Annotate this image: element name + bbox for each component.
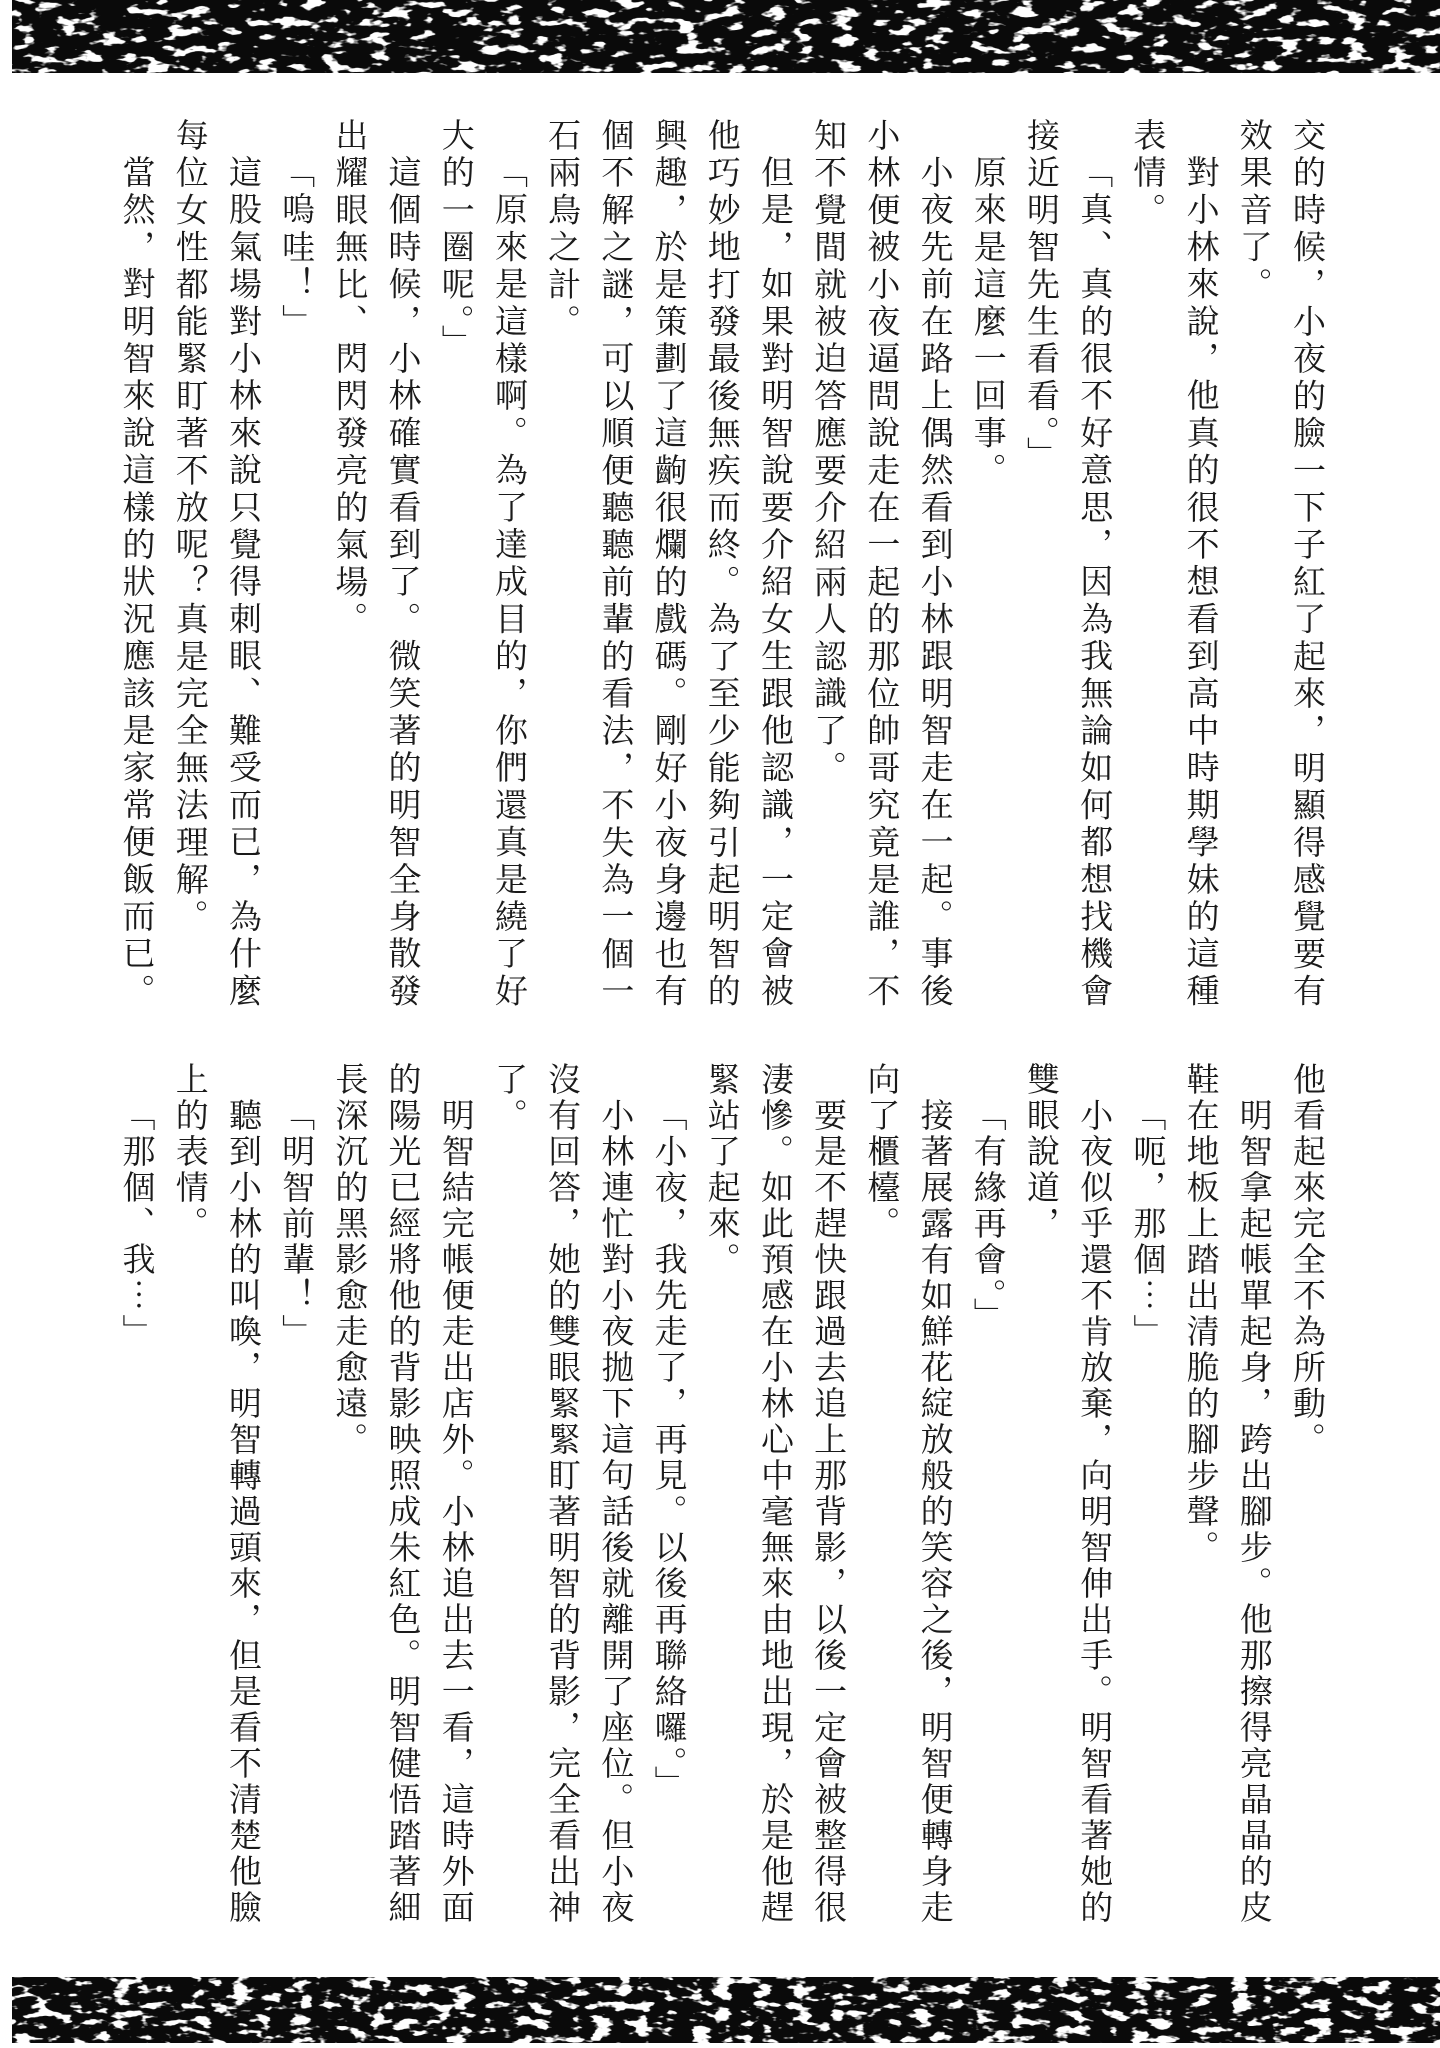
text-column: 鞋在地板上踏出清脆的腳步聲。 [1174, 1062, 1227, 1928]
text-column: 聽到小林的叫喚，明智轉過頭來，但是看不清楚他臉 [217, 1062, 270, 1928]
text-column: 雙眼說道， [1015, 1062, 1068, 1928]
text-column: 表情。 [1121, 118, 1174, 1014]
text-column: 淒慘。如此預感在小林心中毫無來由地出現，於是他趕 [749, 1062, 802, 1928]
text-column: 但是，如果對明智說要介紹女生跟他認識，一定會被 [749, 118, 802, 1014]
vertical-text-block-upper: 交的時候，小夜的臉一下子紅了起來，明顯得感覺要有效果音了。對小林來說，他真的很不… [110, 118, 1334, 1014]
text-column: 小林連忙對小夜拋下這句話後就離開了座位。但小夜 [589, 1062, 642, 1928]
text-column: 交的時候，小夜的臉一下子紅了起來，明顯得感覺要有 [1281, 118, 1334, 1014]
text-column: 接著展露有如鮮花綻放般的笑容之後，明智便轉身走 [908, 1062, 961, 1928]
text-column: 他巧妙地打發最後無疾而終。為了至少能夠引起明智的 [696, 118, 749, 1014]
text-column: 「明智前輩！」 [270, 1062, 323, 1928]
text-column: 「呃，那個⋯」 [1121, 1062, 1174, 1928]
text-column: 明智拿起帳單起身，跨出腳步。他那擦得亮晶晶的皮 [1228, 1062, 1281, 1928]
text-column: 他看起來完全不為所動。 [1281, 1062, 1334, 1928]
text-column: 要是不趕快跟過去追上那背影，以後一定會被整得很 [802, 1062, 855, 1928]
text-column: 小林便被小夜逼問說走在一起的那位帥哥究竟是誰，不 [855, 118, 908, 1014]
text-column: 知不覺間就被迫答應要介紹兩人認識了。 [802, 118, 855, 1014]
text-column: 出耀眼無比、閃閃發亮的氣場。 [323, 118, 376, 1014]
text-column: 長深沉的黑影愈走愈遠。 [323, 1062, 376, 1928]
text-column: 個不解之謎，可以順便聽聽前輩的看法，不失為一個一 [589, 118, 642, 1014]
text-column: 向了櫃檯。 [855, 1062, 908, 1928]
text-column: 「嗚哇！」 [270, 118, 323, 1014]
text-column: 的陽光已經將他的背影映照成朱紅色。明智健悟踏著細 [376, 1062, 429, 1928]
text-column: 對小林來說，他真的很不想看到高中時期學妹的這種 [1174, 118, 1227, 1014]
text-column: 石兩鳥之計。 [536, 118, 589, 1014]
text-column: 「那個、我⋯」 [110, 1062, 163, 1928]
book-page: 交的時候，小夜的臉一下子紅了起來，明顯得感覺要有效果音了。對小林來說，他真的很不… [0, 0, 1440, 2048]
text-column: 沒有回答，她的雙眼緊緊盯著明智的背影，完全看出神 [536, 1062, 589, 1928]
text-column: 原來是這麼一回事。 [962, 118, 1015, 1014]
text-column: 緊站了起來。 [696, 1062, 749, 1928]
text-column: 接近明智先生看看。」 [1015, 118, 1068, 1014]
text-column: 上的表情。 [164, 1062, 217, 1928]
grunge-texture-top [12, 0, 1440, 73]
text-column: 「原來是這樣啊。為了達成目的，你們還真是繞了好 [483, 118, 536, 1014]
text-column: 了。 [483, 1062, 536, 1928]
grunge-band-top [12, 0, 1440, 73]
text-column: 這股氣場對小林來說只覺得刺眼、難受而已，為什麼 [217, 118, 270, 1014]
grunge-texture-bottom [12, 1977, 1440, 2043]
text-column: 「小夜，我先走了，再見。以後再聯絡囉。」 [642, 1062, 695, 1928]
text-column: 明智結完帳便走出店外。小林追出去一看，這時外面 [430, 1062, 483, 1928]
text-column: 效果音了。 [1228, 118, 1281, 1014]
text-column: 小夜似乎還不肯放棄，向明智伸出手。明智看著她的 [1068, 1062, 1121, 1928]
text-column: 興趣，於是策劃了這齣很爛的戲碼。剛好小夜身邊也有 [642, 118, 695, 1014]
vertical-text-block-lower: 他看起來完全不為所動。明智拿起帳單起身，跨出腳步。他那擦得亮晶晶的皮鞋在地板上踏… [110, 1062, 1334, 1928]
grunge-band-bottom [12, 1977, 1440, 2043]
text-column: 這個時候，小林確實看到了。微笑著的明智全身散發 [376, 118, 429, 1014]
text-column: 「真、真的很不好意思，因為我無論如何都想找機會 [1068, 118, 1121, 1014]
text-column: 大的一圈呢。」 [430, 118, 483, 1014]
text-column: 小夜先前在路上偶然看到小林跟明智走在一起。事後 [908, 118, 961, 1014]
text-column: 「有緣再會。」 [962, 1062, 1015, 1928]
text-column: 當然，對明智來說這樣的狀況應該是家常便飯而已。 [110, 118, 163, 1014]
text-column: 每位女性都能緊盯著不放呢？真是完全無法理解。 [164, 118, 217, 1014]
